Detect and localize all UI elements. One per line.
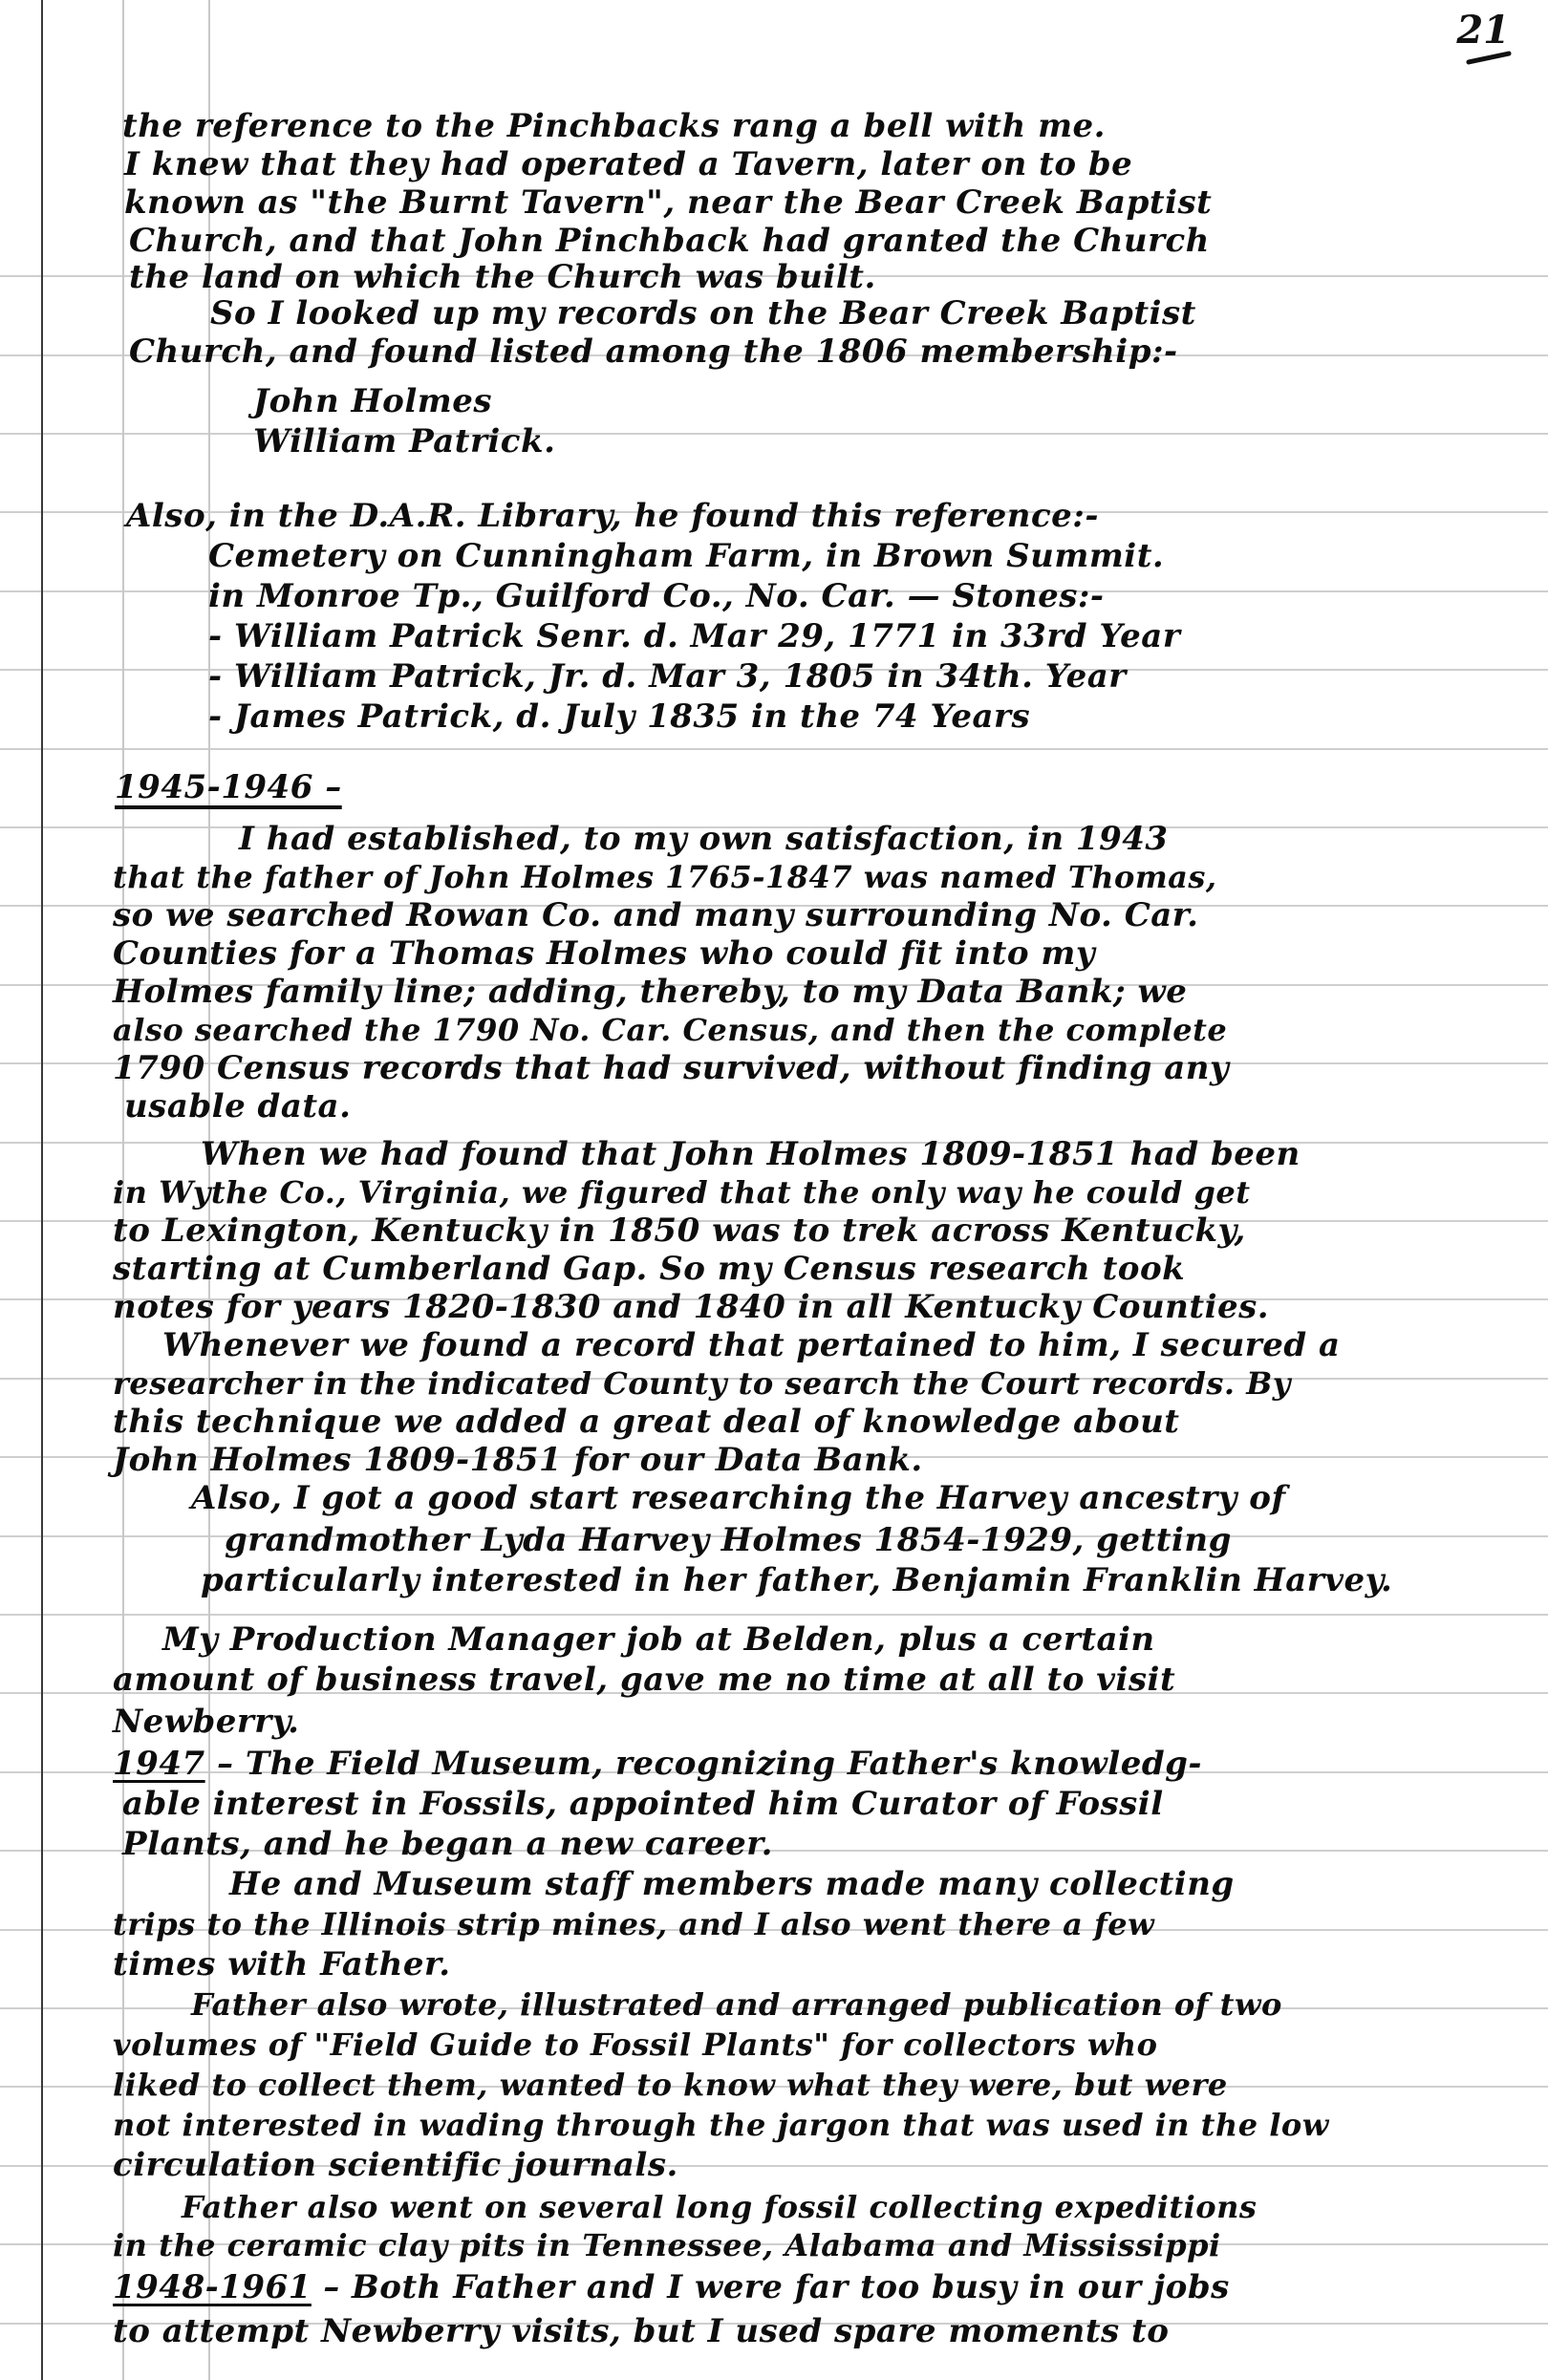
text-line: - William Patrick Senr. d. Mar 29, 1771 … (208, 617, 1180, 655)
text-line: Father also went on several long fossil … (182, 2188, 1257, 2226)
text-line: in the ceramic clay pits in Tennessee, A… (113, 2226, 1221, 2264)
text-line: I knew that they had operated a Tavern, … (124, 145, 1132, 183)
ruled-line (0, 748, 1548, 750)
text-line: circulation scientific journals. (113, 2146, 678, 2184)
text-line: amount of business travel, gave me no ti… (113, 1661, 1175, 1699)
text-line: Also, in the D.A.R. Library, he found th… (126, 497, 1099, 535)
text-line: Father also wrote, illustrated and arran… (191, 1985, 1282, 2024)
text-line: 1790 Census records that had survived, w… (113, 1049, 1229, 1087)
text-line: not interested in wading through the jar… (113, 2106, 1329, 2144)
text-line: liked to collect them, wanted to know wh… (113, 2066, 1228, 2104)
text-line: this technique we added a great deal of … (113, 1403, 1180, 1441)
text-line: - James Patrick, d. July 1835 in the 74 … (208, 697, 1030, 736)
text-line: to attempt Newberry visits, but I used s… (113, 2312, 1169, 2350)
section-1947-line: 1947 – The Field Museum, recognizing Fat… (113, 1745, 1202, 1783)
text-line: volumes of "Field Guide to Fossil Plants… (113, 2026, 1157, 2064)
text-line: William Patrick. (253, 422, 555, 461)
text-line: My Production Manager job at Belden, plu… (162, 1620, 1155, 1659)
page-number: 21 (1456, 8, 1510, 53)
text-line: the land on which the Church was built. (129, 258, 876, 296)
text-line: in Monroe Tp., Guilford Co., No. Car. — … (208, 577, 1105, 615)
text-line: When we had found that John Holmes 1809-… (201, 1135, 1301, 1173)
text-line: He and Museum staff members made many co… (229, 1865, 1235, 1903)
text-line: - William Patrick, Jr. d. Mar 3, 1805 in… (208, 657, 1127, 696)
text-line: So I looked up my records on the Bear Cr… (210, 294, 1196, 332)
section-1948-1961-line: 1948-1961 – Both Father and I were far t… (113, 2268, 1230, 2306)
text-line: times with Father. (113, 1945, 451, 1983)
text-line: Counties for a Thomas Holmes who could f… (113, 934, 1095, 973)
text-line: John Holmes 1809-1851 for our Data Bank. (113, 1441, 923, 1479)
text-line: particularly interested in her father, B… (201, 1561, 1392, 1599)
text-line: grandmother Lyda Harvey Holmes 1854-1929… (225, 1521, 1232, 1559)
text-line: usable data. (124, 1087, 351, 1126)
text-line: Also, I got a good start researching the… (191, 1479, 1286, 1517)
text-line: Cemetery on Cunningham Farm, in Brown Su… (208, 537, 1164, 575)
text-line: able interest in Fossils, appointed him … (122, 1785, 1164, 1823)
text-line: researcher in the indicated County to se… (113, 1364, 1291, 1403)
text-line: starting at Cumberland Gap. So my Census… (113, 1250, 1185, 1288)
text-line: Plants, and he began a new career. (122, 1825, 773, 1863)
text-line: that the father of John Holmes 1765-1847… (113, 858, 1217, 896)
text-line: to Lexington, Kentucky in 1850 was to tr… (113, 1211, 1246, 1250)
margin-line-dark (41, 0, 43, 2380)
text-line: so we searched Rowan Co. and many surrou… (113, 896, 1198, 934)
ruled-line (0, 433, 1548, 435)
text-line: notes for years 1820-1830 and 1840 in al… (113, 1288, 1269, 1326)
text-line: known as "the Burnt Tavern", near the Be… (124, 183, 1212, 222)
notebook-page: 21 the reference to the Pinchbacks rang … (0, 0, 1548, 2380)
text-line: Church, and that John Pinchback had gran… (129, 222, 1210, 260)
text-line: the reference to the Pinchbacks rang a b… (122, 107, 1106, 145)
text-line: I had established, to my own satisfactio… (239, 820, 1169, 858)
ruled-line (0, 1614, 1548, 1616)
text-line: Holmes family line; adding, thereby, to … (113, 973, 1187, 1011)
page-number-underline (1466, 51, 1512, 65)
text-line: trips to the Illinois strip mines, and I… (113, 1905, 1154, 1943)
text-line: John Holmes (253, 382, 492, 420)
text-line: Newberry. (113, 1703, 299, 1741)
text-line: in Wythe Co., Virginia, we figured that … (113, 1173, 1251, 1211)
text-line: also searched the 1790 No. Car. Census, … (113, 1011, 1227, 1049)
text-line: Whenever we found a record that pertaine… (162, 1326, 1341, 1364)
text-line: Church, and found listed among the 1806 … (129, 332, 1178, 371)
section-heading-1945-1946: 1945-1946 – (115, 768, 342, 806)
